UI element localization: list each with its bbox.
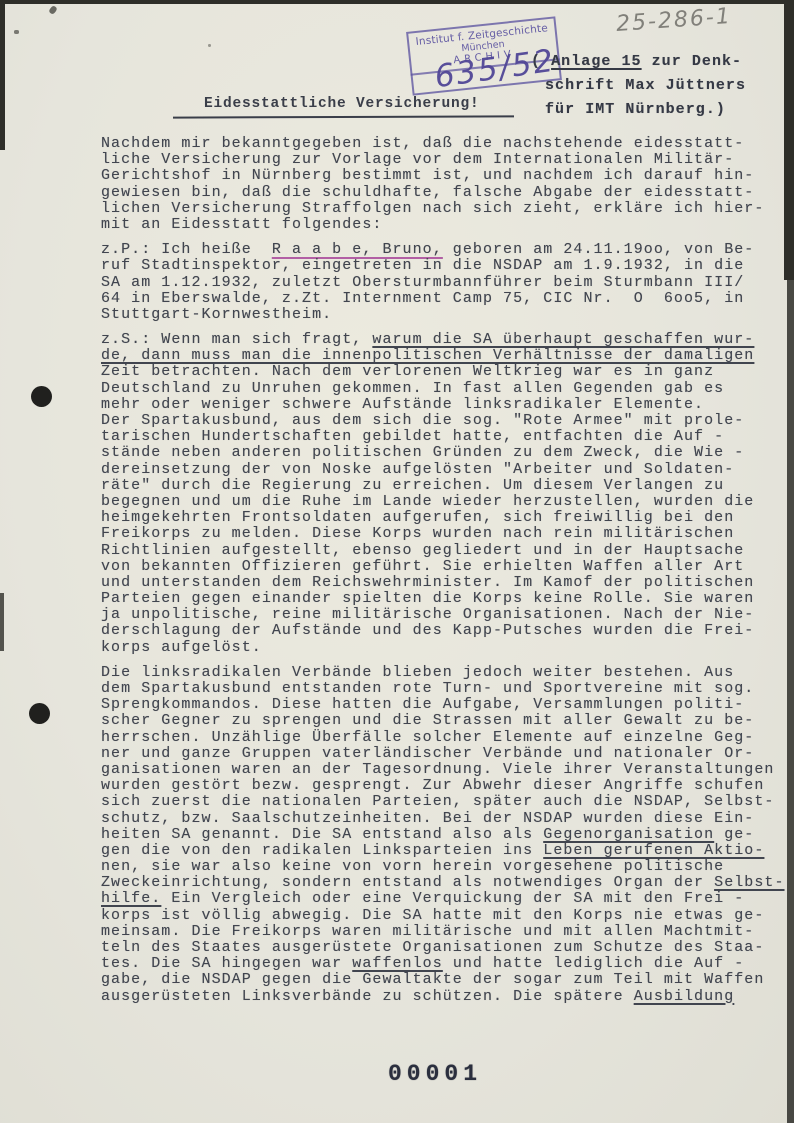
text-line: Die linksradikalen Verbände blieben jedo… xyxy=(101,665,791,681)
annex-line: ( Anlage 15 zur Denk- xyxy=(531,50,746,74)
text-line: wurden gestört bezw. gesprengt. Zur Abwe… xyxy=(101,778,791,794)
paragraph: z.S.: Wenn man sich fragt, warum die SA … xyxy=(101,332,791,656)
text-line: gabe, die NSDAP gegen die Gewaltakte der… xyxy=(101,972,791,988)
scan-edge-left xyxy=(0,593,4,651)
text-line: Gerichtshof in Nürnberg bestimmt ist, un… xyxy=(101,168,791,184)
document-title-block: Eidesstattliche Versicherung! xyxy=(173,94,514,118)
paper-speck xyxy=(208,44,211,47)
text-line: dem Spartakusbund entstanden rote Turn- … xyxy=(101,681,791,697)
scan-edge-top xyxy=(0,0,794,4)
text-line: ja unpolitische, reine militärische Orga… xyxy=(101,607,791,623)
paragraph: Die linksradikalen Verbände blieben jedo… xyxy=(101,665,791,1005)
text-line: Zweckeinrichtung, sondern entstand als n… xyxy=(101,875,791,891)
paragraph: Nachdem mir bekanntgegeben ist, daß die … xyxy=(101,136,791,233)
text-line: tarischen Hundertschaften gebildet hatte… xyxy=(101,429,791,445)
annex-line: für IMT Nürnberg.) xyxy=(531,98,746,122)
text-line: Richtlinien aufgestellt, ebenso gegliede… xyxy=(101,543,791,559)
text-line: sich zuerst die nationalen Parteien, spä… xyxy=(101,794,791,810)
text-line: mit an Eidesstatt folgendes: xyxy=(101,217,791,233)
paper-speck xyxy=(48,5,58,15)
text-line: ruf Stadtinspektor, eingetreten in die N… xyxy=(101,258,791,274)
text-line: Freikorps zu melden. Diese Korps wurden … xyxy=(101,526,791,542)
text-line: scher Gegner zu sprengen und die Strasse… xyxy=(101,713,791,729)
scan-edge-left xyxy=(0,0,5,150)
annex-note: ( Anlage 15 zur Denk-schrift Max Jüttner… xyxy=(531,50,746,122)
scanned-document-page: Institut f. Zeitgeschichte München ARCHI… xyxy=(0,0,794,1123)
text-line: gen die von den radikalen Linksparteien … xyxy=(101,843,791,859)
text-line: korps ist völlig abwegig. Die SA hatte m… xyxy=(101,908,791,924)
text-line: meinsam. Die Freikorps waren militärisch… xyxy=(101,924,791,940)
text-line: und unterstanden dem Reichswehrminister.… xyxy=(101,575,791,591)
text-line: Deutschland zu Unruhen gekommen. In fast… xyxy=(101,381,791,397)
document-title: Eidesstattliche Versicherung! xyxy=(173,94,514,115)
text-line: SA am 1.12.1932, zuletzt Obersturmbannfü… xyxy=(101,275,791,291)
page-number-stamp: 00001 xyxy=(388,1061,482,1087)
text-line: z.S.: Wenn man sich fragt, warum die SA … xyxy=(101,332,791,348)
text-line: stände neben anderen politischen Gründen… xyxy=(101,445,791,461)
text-line: ganisationen waren an der Tagesordnung. … xyxy=(101,762,791,778)
text-line: räte" durch die Regierung zu erreichen. … xyxy=(101,478,791,494)
text-line: schutz, bzw. Saalschutzeinheiten. Bei de… xyxy=(101,811,791,827)
text-line: von bekannten Offizieren geführt. Sie er… xyxy=(101,559,791,575)
annex-line: schrift Max Jüttners xyxy=(531,74,746,98)
text-line: Stuttgart-Kornwestheim. xyxy=(101,307,791,323)
text-line: gewiesen bin, daß die schuldhafte, falsc… xyxy=(101,185,791,201)
hole-punch-dot xyxy=(29,703,50,724)
text-line: ner und ganze Gruppen vaterländischer Ve… xyxy=(101,746,791,762)
text-line: de, dann muss man die innenpolitischen V… xyxy=(101,348,791,364)
text-line: teln des Staates ausgerüstete Organisati… xyxy=(101,940,791,956)
text-line: Der Spartakusbund, aus dem sich die sog.… xyxy=(101,413,791,429)
text-line: lichen Versicherung Straffolgen nach sic… xyxy=(101,201,791,217)
text-line: 64 in Eberswalde, z.Zt. Internment Camp … xyxy=(101,291,791,307)
paper-speck xyxy=(14,30,19,34)
hole-punch-dot xyxy=(31,386,52,407)
pencil-annotation: 25-286-1 xyxy=(615,4,732,37)
text-line: Sprengkommandos. Diese hatten die Aufgab… xyxy=(101,697,791,713)
text-line: tes. Die SA hingegen war waffenlos und h… xyxy=(101,956,791,972)
text-line: Nachdem mir bekanntgegeben ist, daß die … xyxy=(101,136,791,152)
text-line: liche Versicherung zur Vorlage vor dem I… xyxy=(101,152,791,168)
text-line: heiten SA genannt. Die SA entstand also … xyxy=(101,827,791,843)
text-line: nen, sie war also keine von vorn herein … xyxy=(101,859,791,875)
text-line: mehr oder weniger schwere Aufstände link… xyxy=(101,397,791,413)
text-line: herrschen. Unzählige Überfälle solcher E… xyxy=(101,730,791,746)
text-line: Parteien gegen einander spielten die Kor… xyxy=(101,591,791,607)
text-line: derschlagung der Aufstände und des Kapp-… xyxy=(101,623,791,639)
text-line: ausgerüsteten Linksverbände zu schützen.… xyxy=(101,989,791,1005)
document-body: Nachdem mir bekanntgegeben ist, daß die … xyxy=(101,136,791,1014)
text-line: Zeit betrachten. Nach dem verlorenen Wel… xyxy=(101,364,791,380)
paragraph: z.P.: Ich heiße R a a b e, Bruno, gebore… xyxy=(101,242,791,323)
text-line: korps aufgelöst. xyxy=(101,640,791,656)
title-underline xyxy=(173,115,514,118)
text-line: dereinsetzung der von Noske aufgelösten … xyxy=(101,462,791,478)
text-line: z.P.: Ich heiße R a a b e, Bruno, gebore… xyxy=(101,242,791,258)
text-line: begegnen und um die Ruhe im Lande wieder… xyxy=(101,494,791,510)
text-line: hilfe. Ein Vergleich oder eine Verquicku… xyxy=(101,891,791,907)
text-line: heimgekehrten Frontsoldaten aufgerufen, … xyxy=(101,510,791,526)
